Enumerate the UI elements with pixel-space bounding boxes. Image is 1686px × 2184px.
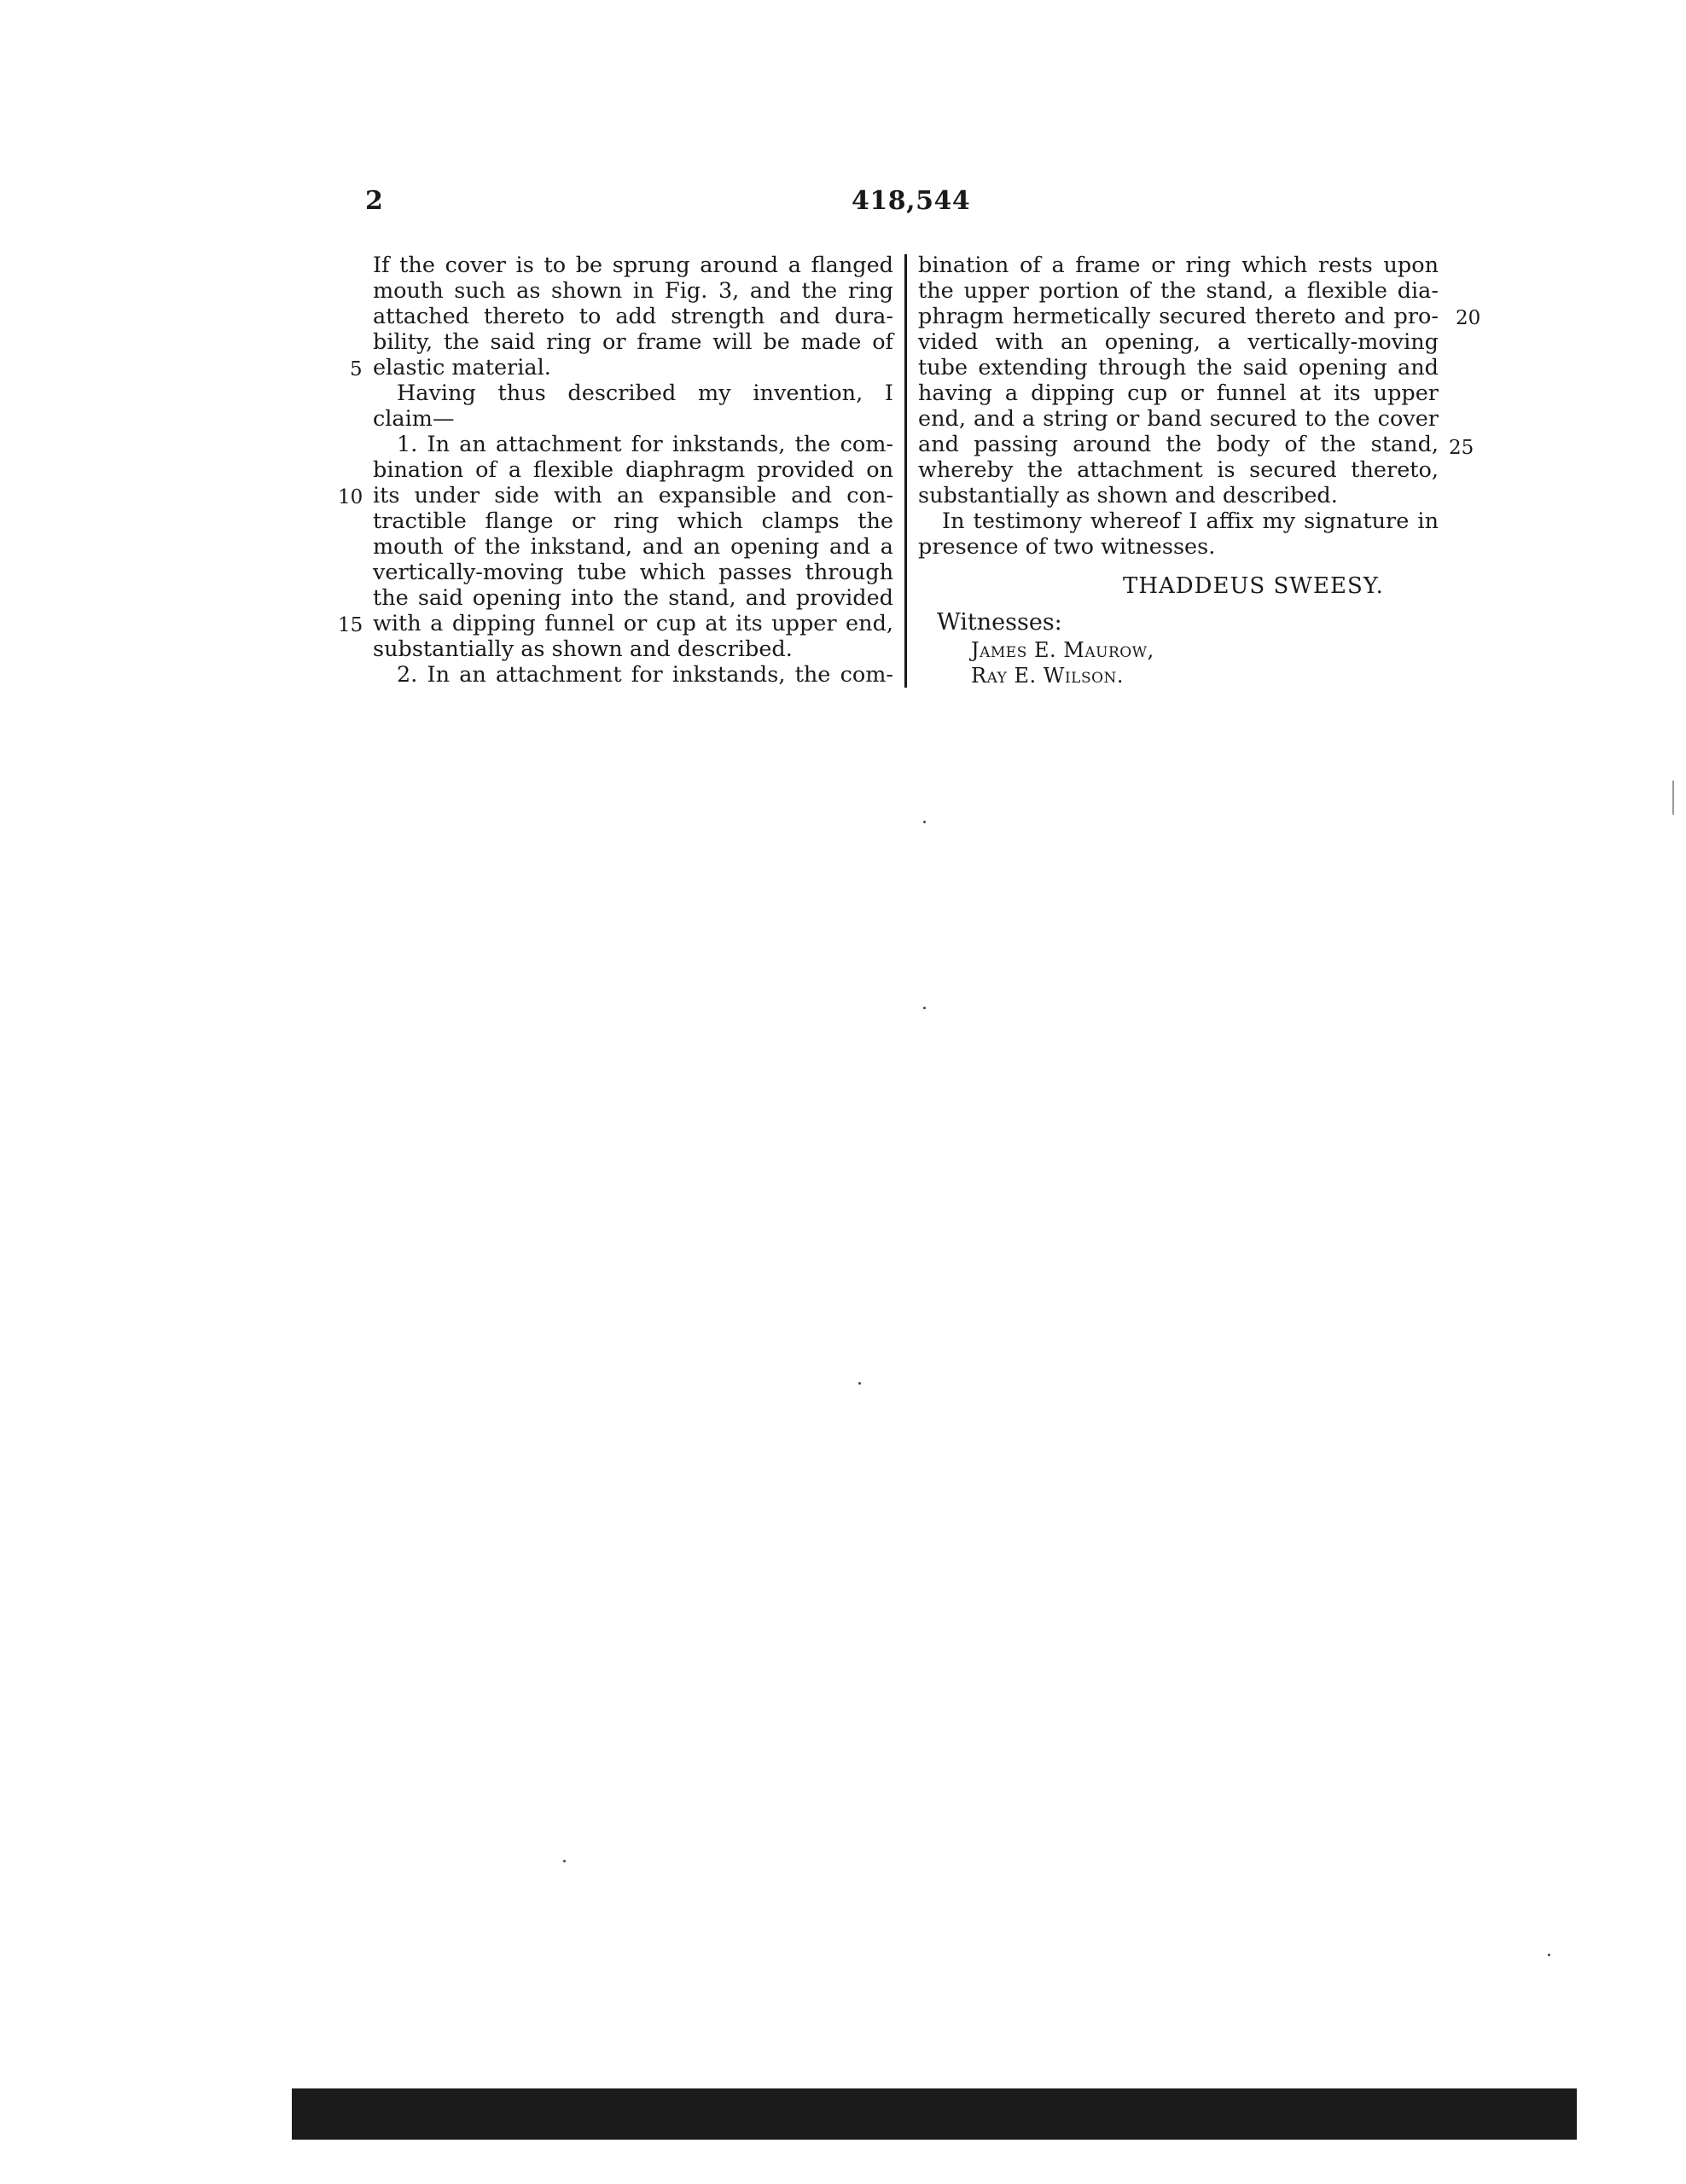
testimony-line: In testimony whereof I affix my signatur… bbox=[918, 508, 1439, 534]
scan-speck bbox=[923, 1007, 926, 1009]
scan-speck bbox=[858, 1382, 861, 1385]
witnesses-label: Witnesses: bbox=[937, 609, 1062, 636]
right-column: bination of a frame or ring which rests … bbox=[918, 253, 1439, 560]
left-column: If the cover is to be sprung around a fl… bbox=[373, 253, 893, 688]
text-line: Having thus described my invention, I bbox=[373, 380, 893, 406]
text-line: mouth such as shown in Fig. 3, and the r… bbox=[373, 278, 893, 304]
claim-2-start: 2. In an attachment for inkstands, the c… bbox=[373, 662, 893, 688]
line-number: 15 bbox=[338, 614, 363, 636]
text-line: phragm hermetically secured thereto and … bbox=[918, 304, 1439, 329]
text-line: presence of two witnesses. bbox=[918, 534, 1439, 560]
text-line: If the cover is to be sprung around a fl… bbox=[373, 253, 893, 278]
line-number: 20 bbox=[1456, 307, 1480, 329]
text-line: the upper portion of the stand, a flexib… bbox=[918, 278, 1439, 304]
text-line: its under side with an expansible and co… bbox=[373, 483, 893, 508]
text-line: elastic material. bbox=[373, 355, 893, 380]
text-line: attached thereto to add strength and dur… bbox=[373, 304, 893, 329]
column-divider bbox=[904, 254, 907, 688]
text-line: bination of a frame or ring which rests … bbox=[918, 253, 1439, 278]
line-number: 25 bbox=[1449, 437, 1474, 459]
text-line: mouth of the inkstand, and an opening an… bbox=[373, 534, 893, 560]
scan-speck bbox=[1548, 1954, 1550, 1956]
text-line: and passing around the body of the stand… bbox=[918, 432, 1439, 457]
claim-1-start: 1. In an attachment for inkstands, the c… bbox=[373, 432, 893, 457]
text-line: with a dipping funnel or cup at its uppe… bbox=[373, 611, 893, 636]
text-line: whereby the attachment is secured theret… bbox=[918, 457, 1439, 483]
inventor-signature: THADDEUS SWEESY. bbox=[1123, 573, 1384, 599]
text-line: end, and a string or band secured to the… bbox=[918, 406, 1439, 432]
text-line: claim— bbox=[373, 406, 893, 432]
text-line: vertically-moving tube which passes thro… bbox=[373, 560, 893, 585]
scan-speck bbox=[563, 1860, 566, 1862]
line-number: 10 bbox=[338, 486, 363, 508]
text-line: having a dipping cup or funnel at its up… bbox=[918, 380, 1439, 406]
text-line: tube extending through the said opening … bbox=[918, 355, 1439, 380]
scan-mark bbox=[1672, 781, 1674, 815]
scan-speck bbox=[923, 821, 926, 823]
text-line: substantially as shown and described. bbox=[373, 636, 893, 662]
text-line: substantially as shown and described. bbox=[918, 483, 1439, 508]
text-line: vided with an opening, a vertically-movi… bbox=[918, 329, 1439, 355]
text-line: the said opening into the stand, and pro… bbox=[373, 585, 893, 611]
scan-border-bar bbox=[292, 2088, 1577, 2140]
page-number: 2 bbox=[365, 186, 383, 216]
text-line: bination of a flexible diaphragm provide… bbox=[373, 457, 893, 483]
line-number: 5 bbox=[350, 358, 363, 380]
witness-name: James E. Maurow, bbox=[971, 638, 1154, 662]
witness-name: Ray E. Wilson. bbox=[971, 664, 1124, 688]
patent-number: 418,544 bbox=[852, 186, 970, 216]
text-line: tractible flange or ring which clamps th… bbox=[373, 508, 893, 534]
text-line: bility, the said ring or frame will be m… bbox=[373, 329, 893, 355]
